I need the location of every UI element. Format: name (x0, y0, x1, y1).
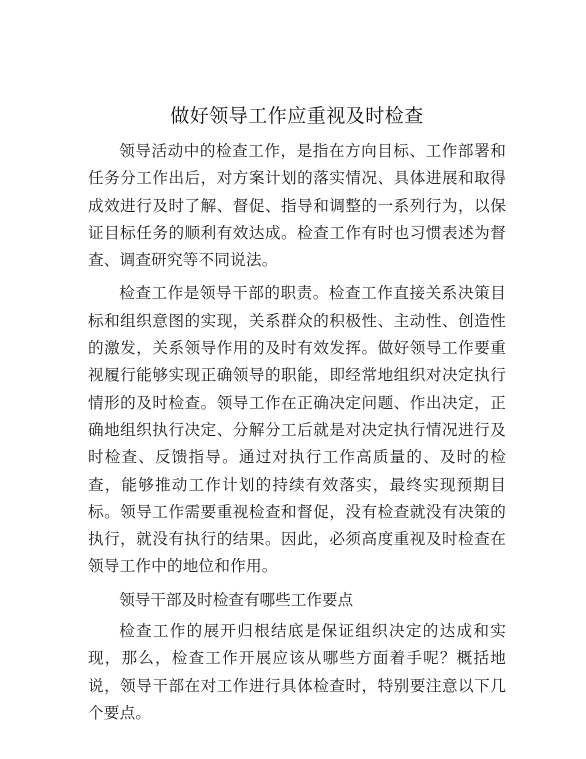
paragraph-key-points: 检查工作的展开归根结底是保证组织决定的达成和实现，那么，检查工作开展应该从哪些方… (88, 618, 506, 727)
document-title: 做好领导工作应重视及时检查 (88, 102, 506, 130)
paragraph-responsibility: 检查工作是领导干部的职责。检查工作直接关系决策目标和组织意图的实现，关系群众的积… (88, 280, 506, 580)
paragraph-intro: 领导活动中的检查工作，是指在方向目标、工作部署和任务分工作出后，对方案计划的落实… (88, 138, 506, 274)
section-subheading: 领导干部及时检查有哪些工作要点 (88, 587, 506, 614)
document-page: 做好领导工作应重视及时检查 领导活动中的检查工作，是指在方向目标、工作部署和任务… (88, 102, 506, 733)
